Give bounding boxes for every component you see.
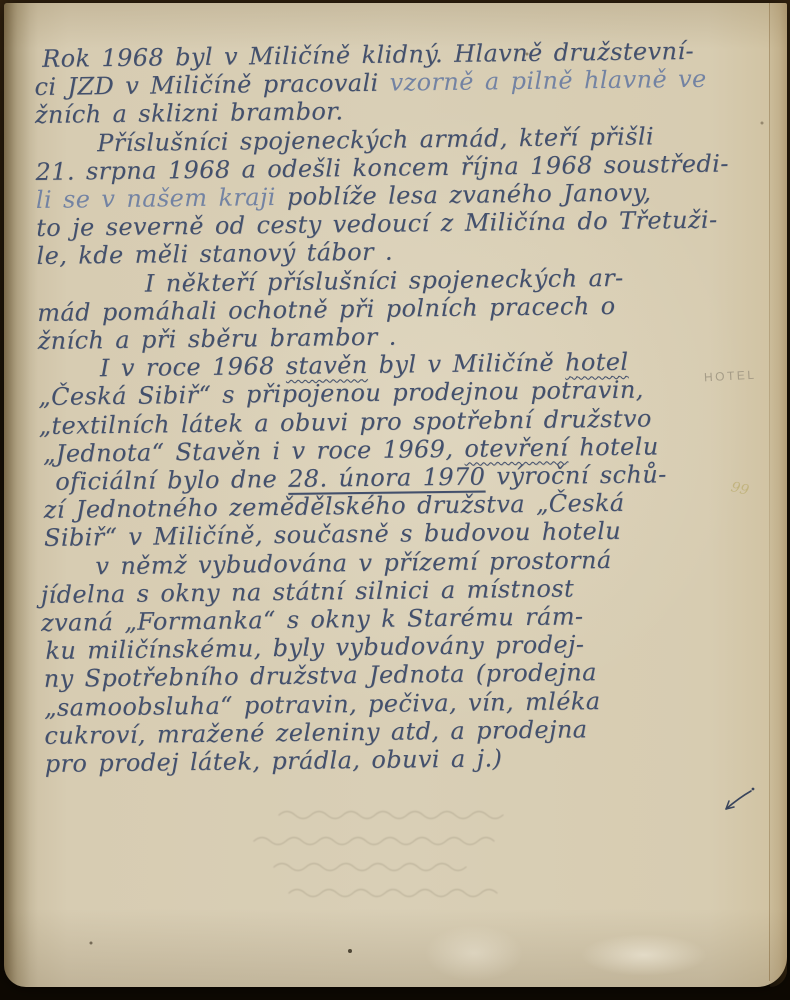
text-segment: ci JZD v Miličíně pracovali	[34, 69, 390, 101]
text-segment: byl v Miličíně	[367, 349, 565, 379]
text-segment: žních a sklizni brambor.	[35, 98, 344, 130]
chronicle-page: Rok 1968 byl v Miličíně klidný. Hlavně d…	[4, 3, 787, 987]
text-segment: 28. února 1970	[288, 463, 486, 493]
manuscript-text: Rok 1968 byl v Miličíně klidný. Hlavně d…	[34, 36, 754, 778]
text-segment: hotel	[565, 348, 629, 377]
text-segment: vzorně a pilně hlavně ve	[390, 65, 707, 97]
text-segment: pro prodej látek, prádla, obuvi a j.)	[45, 744, 503, 778]
text-segment: oficiální bylo dne	[55, 465, 288, 496]
text-segment: le, kde měli stanový tábor .	[36, 238, 393, 270]
page-gutter-shadow	[4, 3, 38, 987]
text-segment: hotelu	[568, 432, 659, 461]
page-crease-line	[769, 3, 770, 981]
book-photo: Rok 1968 byl v Miličíně klidný. Hlavně d…	[0, 0, 790, 1000]
text-segment: stavěn	[286, 351, 368, 380]
pencil-checkmark-icon	[720, 785, 756, 813]
text-segment: výroční schů-	[485, 460, 667, 490]
paper-specks	[4, 3, 6, 5]
ghost-writing	[219, 803, 589, 913]
text-segment: I v roce 1968	[100, 352, 286, 382]
text-segment: poblíže lesa zvaného Janovy,	[287, 178, 652, 210]
text-segment: žních a při sběru brambor .	[37, 323, 396, 355]
page-right-edge	[770, 3, 787, 987]
text-segment: li se v našem kraji	[36, 183, 287, 214]
text-segment: otevření	[464, 433, 568, 462]
margin-note-hotel: HOTEL	[704, 368, 757, 385]
